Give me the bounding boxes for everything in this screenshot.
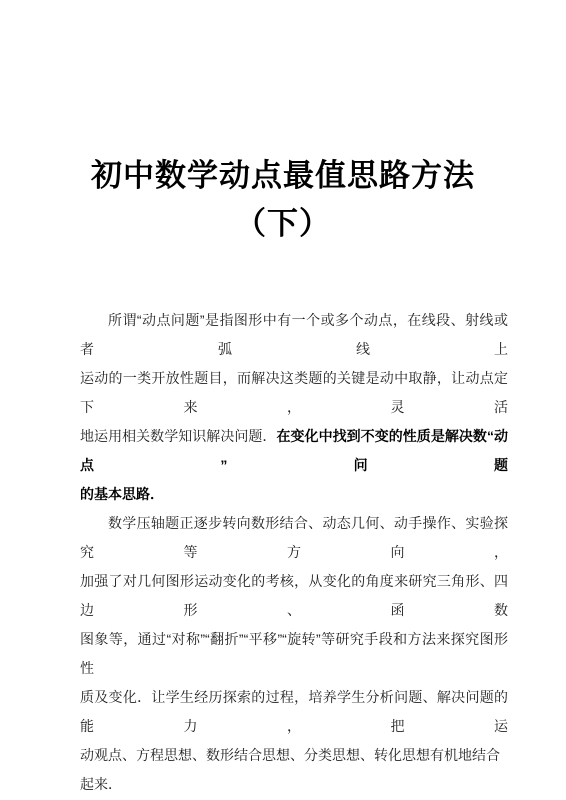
paragraph-line: 运动的一类开放性题目，而解决这类题的关键是动中取静，让动点定下来，灵活 (80, 364, 508, 422)
paragraph-2: 数学压轴题正逐步转向数形结合、动态几何、动手操作、实验探究等方向， 加强了对几何… (80, 509, 508, 799)
paragraph-line: 图象等，通过“对称”“翻折”“平移”“旋转”等研究手段和方法来探究图形性 (80, 625, 508, 683)
paragraph-line: 的基本思路． (80, 480, 508, 509)
line-text-normal: 地运用相关数学知识解决问题． (80, 428, 276, 444)
document-body: 所谓“动点问题”是指图形中有一个或多个动点，在线段、射线或者弧线上 运动的一类开… (80, 306, 508, 799)
paragraph-1: 所谓“动点问题”是指图形中有一个或多个动点，在线段、射线或者弧线上 运动的一类开… (80, 306, 508, 509)
paragraph-line: 地运用相关数学知识解决问题．在变化中找到不变的性质是解决数“动点”问题 (80, 422, 508, 480)
paragraph-line: 数学压轴题正逐步转向数形结合、动态几何、动手操作、实验探究等方向， (80, 509, 508, 567)
paragraph-line: 质及变化．让学生经历探索的过程，培养学生分析问题、解决问题的能力，把运 (80, 683, 508, 741)
document-title: 初中数学动点最值思路方法 （下） (0, 152, 566, 248)
document-page: 初中数学动点最值思路方法 （下） 所谓“动点问题”是指图形中有一个或多个动点，在… (0, 0, 566, 800)
paragraph-line: 动观点、方程思想、数形结合思想、分类思想、转化思想有机地结合起来． (80, 741, 508, 799)
paragraph-line: 所谓“动点问题”是指图形中有一个或多个动点，在线段、射线或者弧线上 (80, 306, 508, 364)
title-line-2: （下） (0, 200, 566, 248)
paragraph-line: 加强了对几何图形运动变化的考核，从变化的角度来研究三角形、四边形、函数 (80, 567, 508, 625)
title-line-1: 初中数学动点最值思路方法 (0, 152, 566, 200)
